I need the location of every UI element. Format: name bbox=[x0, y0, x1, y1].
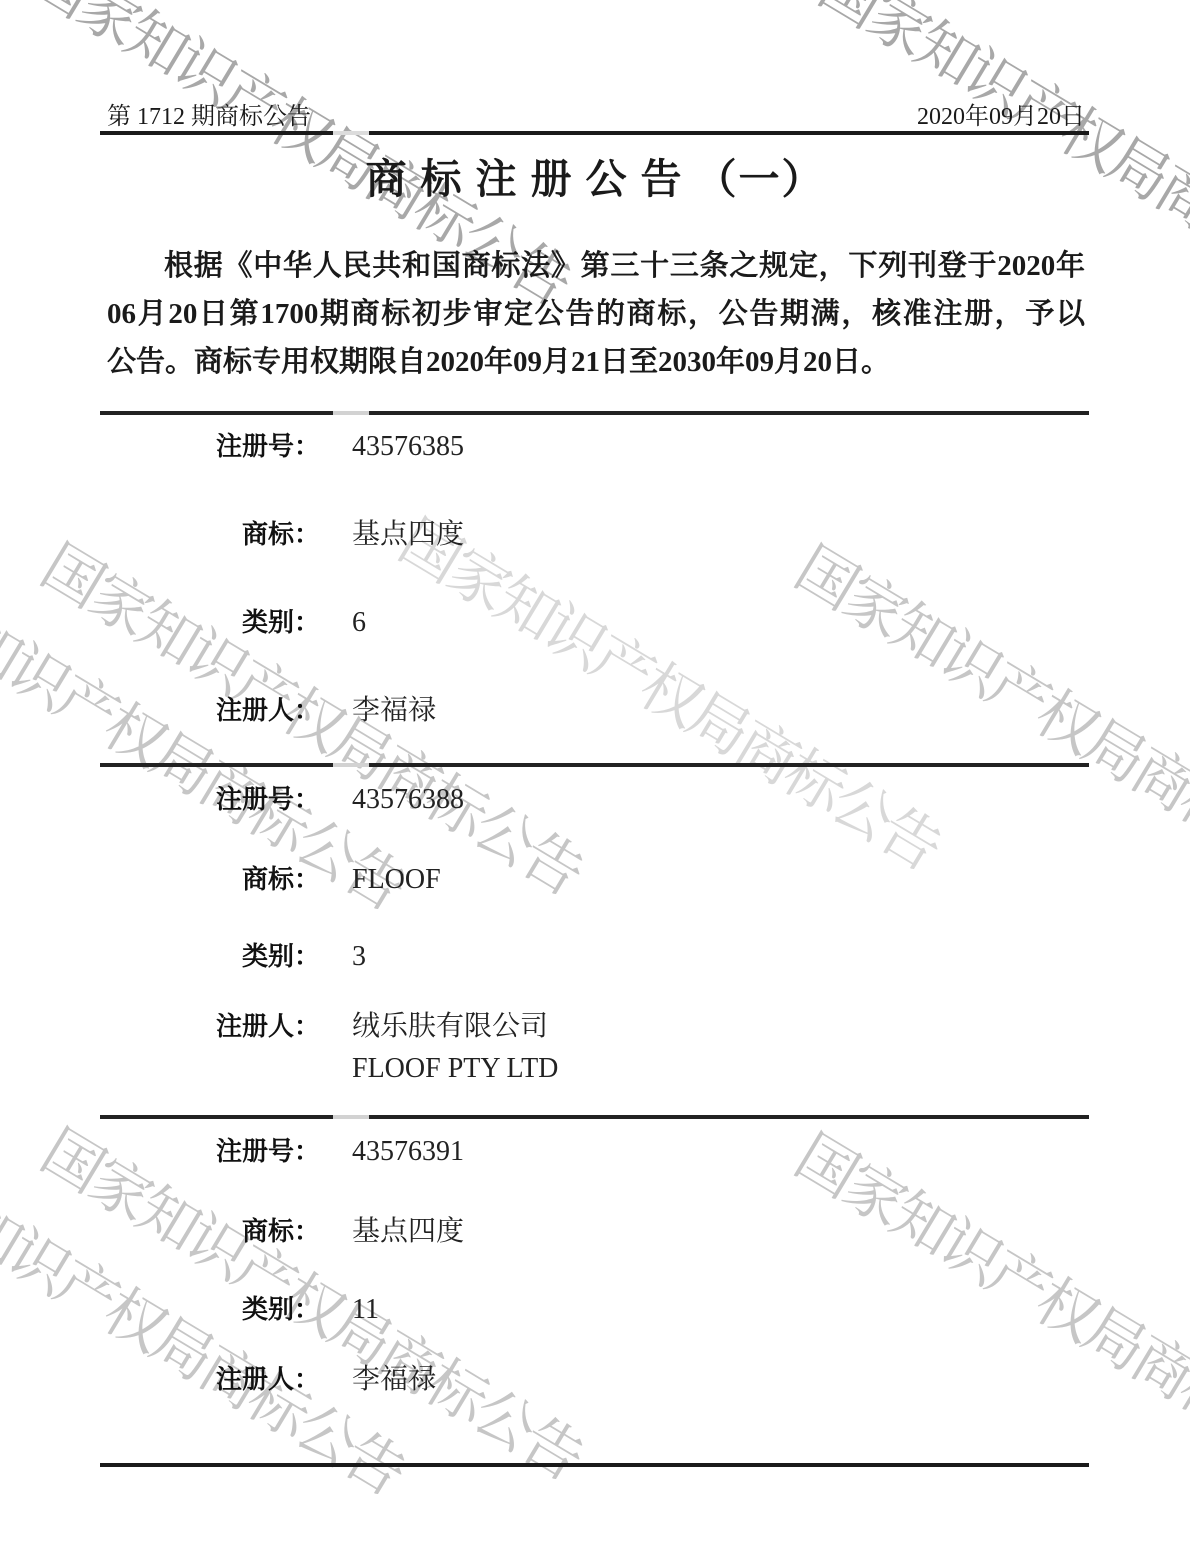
header-rule bbox=[100, 131, 1089, 135]
page-title-main: 商标注册公告 bbox=[366, 156, 696, 202]
gazette-issue-number: 第 1712 期商标公告 bbox=[107, 96, 311, 131]
trademark-label: 商标： bbox=[107, 1216, 320, 1248]
reg-no-label: 注册号： bbox=[107, 784, 320, 816]
separator-line bbox=[100, 1115, 1089, 1119]
registrant-en-value: FLOOF PTY LTD bbox=[352, 1053, 972, 1085]
trademark-label: 商标： bbox=[107, 864, 320, 896]
class-value: 11 bbox=[352, 1294, 972, 1326]
trademark-value: 基点四度 bbox=[352, 1216, 972, 1248]
rule-gap bbox=[333, 131, 369, 135]
trademark-gazette-page: 国家知识产权局商标公告 国家知识产权局商标公告 国家知识产权局商标公告 国家知识… bbox=[0, 0, 1190, 1564]
class-label: 类别： bbox=[107, 941, 320, 973]
intro-line: 根据《中华人民共和国商标法》第三十三条之规定，下列刊登于2020年 bbox=[107, 246, 1085, 290]
reg-no-value: 43576388 bbox=[352, 784, 972, 816]
registrant-value: 绒乐肤有限公司 bbox=[352, 1011, 972, 1043]
rule-gap bbox=[333, 763, 369, 767]
page-title: 商标注册公告（一） bbox=[0, 146, 1190, 205]
registrant-value: 李福禄 bbox=[352, 695, 972, 727]
class-value: 6 bbox=[352, 607, 972, 639]
registrant-label: 注册人： bbox=[107, 695, 320, 727]
reg-no-value: 43576385 bbox=[352, 431, 972, 463]
reg-no-label: 注册号： bbox=[107, 431, 320, 463]
bottom-rule bbox=[100, 1463, 1089, 1467]
trademark-value: 基点四度 bbox=[352, 519, 972, 551]
class-label: 类别： bbox=[107, 607, 320, 639]
rule-gap bbox=[333, 411, 369, 415]
reg-no-label: 注册号： bbox=[107, 1136, 320, 1168]
class-label: 类别： bbox=[107, 1294, 320, 1326]
separator-line bbox=[100, 763, 1089, 767]
separator-line bbox=[100, 411, 1089, 415]
intro-line: 公告。商标专用权期限自2020年09月21日至2030年09月20日。 bbox=[107, 342, 1085, 386]
intro-line: 06月20日第1700期商标初步审定公告的商标，公告期满，核准注册，予以 bbox=[107, 294, 1085, 338]
rule-gap bbox=[333, 1115, 369, 1119]
trademark-label: 商标： bbox=[107, 519, 320, 551]
registrant-label: 注册人： bbox=[107, 1364, 320, 1396]
watermark-text: 国家知识产权局商标公告 bbox=[386, 495, 958, 886]
registrant-value: 李福禄 bbox=[352, 1364, 972, 1396]
page-title-suffix: （一） bbox=[696, 156, 825, 202]
trademark-value: FLOOF bbox=[352, 864, 972, 896]
registrant-label: 注册人： bbox=[107, 1011, 320, 1043]
class-value: 3 bbox=[352, 941, 972, 973]
gazette-date: 2020年09月20日 bbox=[917, 96, 1085, 131]
reg-no-value: 43576391 bbox=[352, 1136, 972, 1168]
